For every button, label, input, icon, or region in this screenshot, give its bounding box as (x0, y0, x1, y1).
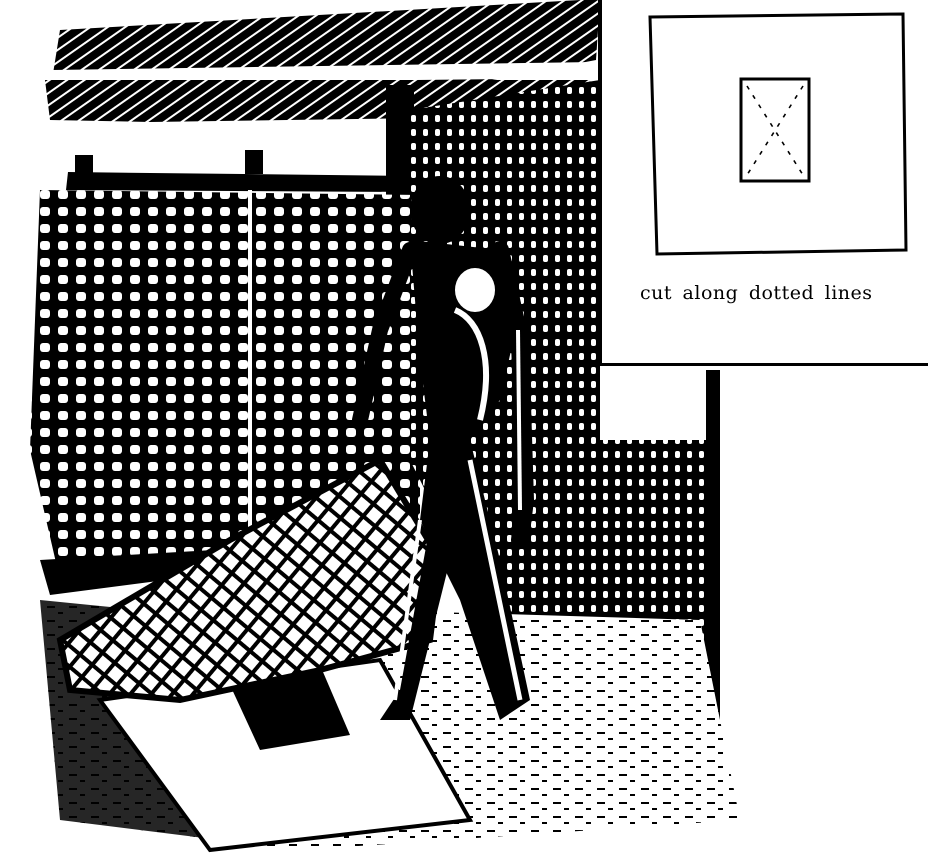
inner-rectangle (741, 79, 809, 181)
cut-diagram (602, 0, 928, 270)
inset-caption: cut along dotted lines (640, 282, 928, 304)
instruction-inset: cut along dotted lines (598, 0, 928, 366)
